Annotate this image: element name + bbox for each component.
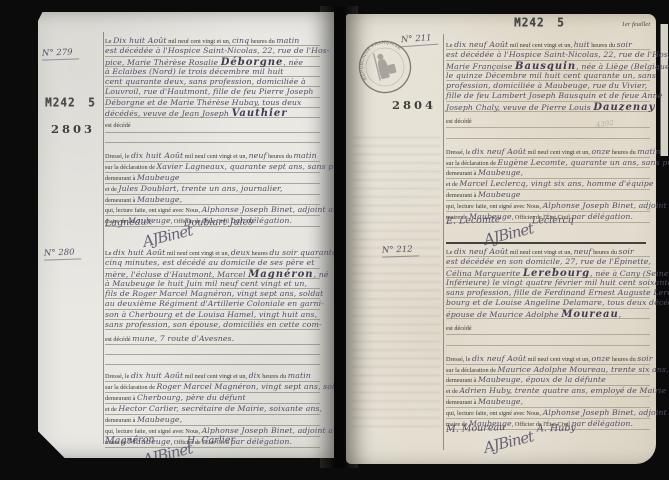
printed-form-text: demeurant à	[105, 175, 137, 182]
printed-form-text: Dressé, le	[446, 356, 472, 363]
handwritten-text: , né	[314, 270, 329, 279]
handwritten-text: profession, domiciliée à Maubeuge, rue d…	[446, 81, 647, 90]
handwritten-text: onze	[591, 354, 610, 363]
record-line: est décédée à l'Hospice Saint-Nicolas, 2…	[105, 46, 320, 56]
handwritten-text: mère, l'écluse d'Hautmont, Marcel	[105, 270, 248, 279]
printed-form-text: demeurant à	[446, 399, 478, 406]
folio-label: 1er feuillet	[622, 21, 650, 28]
handwritten-text: dix neuf Août	[454, 40, 508, 49]
printed-form-text: heures du	[592, 249, 619, 256]
printed-form-text: demeurant à	[105, 417, 137, 424]
signatures-row: LagneauxDoublart JulesAJBinet	[105, 212, 320, 238]
printed-form-text: demeurant à	[446, 192, 478, 199]
printed-form-text: mil neuf cent vingt et un,	[183, 153, 248, 160]
handwritten-text: le quinze Décembre mil huit cent quarant…	[446, 71, 656, 80]
record-line: et de Marcel Leclercq, vingt six ans, ho…	[446, 179, 650, 190]
record-line	[105, 133, 320, 143]
archive-number: 2803	[51, 122, 95, 136]
handwritten-text: soir	[619, 247, 634, 256]
handwritten-text: décédés, veuve de Jean Joseph	[105, 109, 232, 118]
handwritten-text: Roger Marcel Magnéron, vingt sept ans, s…	[157, 382, 348, 391]
signatures-row: MagnéronH. CarlierAJBinet	[105, 430, 320, 456]
scanned-death-register-spread: N° 279 M242 5 2803 N° 280 Le Dix huit Ao…	[0, 0, 669, 480]
record-line	[446, 335, 650, 345]
margin-rule	[103, 32, 104, 444]
printed-form-text: mil neuf cent vingt et un,	[167, 38, 232, 45]
record-line: Le dix neuf Août mil neuf cent vingt et …	[446, 40, 650, 50]
record-line: cinq minutes, est décédé au domicile de …	[105, 258, 320, 268]
margin-entry-number: N° 280	[44, 247, 81, 260]
record-line: cent quarante deux, sans profession, dom…	[105, 77, 320, 87]
handwritten-text: dix huit Août	[113, 248, 165, 257]
handwritten-text: neuf	[249, 151, 267, 160]
record-line	[105, 345, 320, 355]
margin-entry-number: N° 279	[42, 47, 79, 60]
handwritten-text: matin	[294, 151, 317, 160]
record-line: est décédée à l'Hospice Saint-Nicolas, 2…	[446, 50, 650, 60]
printed-form-text: heures	[250, 250, 269, 257]
death-record-entry: Le dix neuf Août mil neuf cent vingt et …	[446, 247, 650, 430]
printed-form-text: Dressé, le	[105, 153, 131, 160]
handwritten-text: sans profession, fille de Ferdinand Erne…	[446, 288, 669, 297]
signature: E. Lecomte	[446, 214, 501, 227]
archive-stamp-code: M242 5	[45, 95, 96, 110]
record-line: sans profession, fille de Ferdinand Erne…	[446, 288, 650, 298]
handwritten-text: épouse de Maurice Adolphe	[446, 310, 561, 319]
record-line: mère, l'écluse d'Hautmont, Marcel Magnér…	[105, 269, 320, 279]
record-line: son à Cherbourg et de Louisa Hamel, ving…	[105, 310, 320, 320]
record-line: profession, domiciliée à Maubeuge, rue d…	[446, 81, 650, 91]
record-line: au deuxième Régiment d'Artillerie Coloni…	[105, 299, 320, 309]
handwritten-text: Maubeuge	[478, 190, 521, 199]
handwritten-text: dix neuf Août	[454, 247, 508, 256]
record-line: décédés, veuve de Jean Joseph Vauthier	[105, 108, 320, 118]
handwritten-text: soir	[617, 40, 632, 49]
record-line: Joseph Chaly, veuve de Pierre Louis Dauz…	[446, 102, 650, 112]
record-line: est décédée en son domicile, 27, rue de …	[446, 257, 650, 267]
handwritten-text: est décédée en son domicile, 27, rue de …	[446, 257, 651, 266]
handwritten-text: dix huit Août	[131, 371, 183, 380]
margin-rule	[443, 34, 444, 450]
margin-entry-number: N° 212	[382, 244, 419, 257]
record-line: demeurant à Cherbourg, père du défunt	[105, 393, 320, 404]
handwritten-text: ,	[619, 310, 622, 319]
death-record-entry: Le dix huit Août mil neuf cent vingt et …	[105, 248, 320, 448]
record-line: demeurant à Maubeuge, époux de la défunt…	[446, 375, 650, 386]
record-line: Marie Françoise Bausquin, née à Liège (B…	[446, 61, 650, 71]
seal-figure	[373, 49, 398, 81]
handwritten-text: dix huit Août	[131, 151, 183, 160]
handwritten-text: dix neuf Août	[472, 354, 526, 363]
handwritten-text: au deuxième Régiment d'Artillerie Coloni…	[105, 299, 324, 308]
record-line: et de Adrien Huby, trente quatre ans, em…	[446, 386, 650, 397]
handwritten-text: son à Cherbourg et de Louisa Hamel, ving…	[105, 310, 317, 319]
handwritten-text: neuf	[574, 247, 592, 256]
handwritten-text: Joseph Chaly, veuve de Pierre Louis	[446, 103, 593, 112]
handwritten-text: , née	[283, 58, 303, 67]
record-line: demeurant à Maubeuge	[105, 173, 320, 184]
record-line: pice, Marie Thérèse Rosalie Déborgne, né…	[105, 57, 320, 67]
printed-form-text: est décédé	[446, 325, 473, 332]
handwritten-text: Inférieure) le vingt quatre février mil …	[446, 278, 669, 287]
record-line: épouse de Maurice Adolphe Moureau,	[446, 309, 650, 319]
printed-form-text: heures du	[261, 373, 288, 380]
handwritten-text: matin	[288, 371, 311, 380]
handwritten-text: Maubeuge	[137, 173, 180, 182]
handwritten-text: est décédée à l'Hospice Saint-Nicolas, 2…	[446, 50, 669, 59]
record-line: Dressé, le dix neuf Août mil neuf cent v…	[446, 354, 650, 365]
record-line: est décédé	[446, 325, 650, 335]
handwritten-text: Maubeuge,	[478, 168, 523, 177]
handwritten-text: matin	[637, 147, 660, 156]
handwritten-text: huit	[574, 40, 590, 49]
archive-stamp-code: M242 5	[514, 15, 565, 30]
handwritten-text: Dix huit Août	[113, 36, 167, 45]
death-record-entry: Le Dix huit Août mil neuf cent vingt et …	[105, 36, 320, 227]
printed-form-text: demeurant à	[105, 395, 137, 402]
handwritten-text: à Eclaibes (Nord) le trois décembre mil …	[105, 67, 284, 76]
printed-form-text: mil neuf cent vingt et un,	[183, 373, 248, 380]
record-line: Dressé, le dix huit Août mil neuf cent v…	[105, 151, 320, 162]
printed-form-text: Le	[446, 42, 454, 49]
handwritten-text: Louvroil, rue d'Hautmont, fille de feu P…	[105, 87, 314, 96]
handwritten-text: dix neuf Août	[472, 147, 526, 156]
handwritten-text: Hector Carlier, secrétaire de Mairie, so…	[118, 404, 322, 413]
record-line: demeurant à Maubeuge,	[446, 397, 650, 408]
signature: M. Moureau	[446, 422, 506, 435]
printed-form-text: heures du	[610, 149, 637, 156]
handwritten-text: du soir quarante	[269, 248, 336, 257]
handwritten-text: , née à Cany (Seine-	[590, 269, 669, 278]
death-record-entry: Le dix neuf Août mil neuf cent vingt et …	[446, 40, 650, 223]
printed-form-text: Dressé, le	[105, 373, 131, 380]
printed-form-text: mil neuf cent vingt et un,	[526, 356, 591, 363]
record-line: sans profession, son épouse, domiciliés …	[105, 320, 320, 330]
handwritten-text: à Maubeuge le huit Juin mil neuf cent vi…	[105, 279, 307, 288]
record-line	[446, 128, 650, 138]
ink-bleedthrough	[352, 134, 440, 434]
signature: Doublart Jules	[184, 216, 253, 228]
handwritten-text: Marie Françoise	[446, 62, 515, 71]
signature: Magnéron	[105, 434, 155, 447]
printed-form-text: sur la déclaration de	[446, 160, 498, 167]
record-line: fille de feu Lambert Joseph Bausquin et …	[446, 91, 650, 101]
handwritten-text: matin	[276, 36, 299, 45]
record-line: Inférieure) le vingt quatre février mil …	[446, 278, 650, 288]
handwritten-text: fils de Roger Marcel Magnéron, vingt sep…	[105, 289, 323, 298]
right-page: M242 5 1er feuillet N° 211 RÉPUBLIQUE FR…	[346, 14, 656, 464]
handwritten-text: Marcel Leclercq, vingt six ans, homme d'…	[459, 179, 653, 188]
printed-form-text: heures du	[610, 356, 637, 363]
signatures-row: E. LecomteLeclercqAJBinet	[446, 210, 650, 236]
handwritten-text: est décédée à l'Hospice Saint-Nicolas, 2…	[105, 46, 330, 55]
record-line: à Maubeuge le huit Juin mil neuf cent vi…	[105, 279, 320, 289]
printed-form-text: heures du	[249, 38, 276, 45]
handwritten-text: Cherbourg, père du défunt	[137, 393, 246, 402]
handwritten-text: deux	[231, 248, 250, 257]
entry-separator-rule	[446, 242, 646, 244]
record-line: sur la déclaration de Maurice Adolphe Mo…	[446, 365, 650, 376]
printed-form-text: est décédé	[446, 118, 473, 125]
printed-form-text: Le	[105, 38, 113, 45]
printed-form-text: Dressé, le	[446, 149, 472, 156]
handwritten-text: onze	[591, 147, 610, 156]
record-line: est décédé	[105, 122, 320, 132]
signature: Leclercq	[532, 215, 574, 227]
printed-form-text: heures du	[267, 153, 294, 160]
printed-form-text: demeurant à	[105, 197, 137, 204]
person-name: Vauthier	[232, 108, 288, 119]
record-line: à Eclaibes (Nord) le trois décembre mil …	[105, 67, 320, 77]
printed-form-text: et de	[105, 186, 118, 193]
record-line: Déborgne et de Marie Thérèse Hubay, tous…	[105, 98, 320, 108]
printed-form-text: et de	[105, 406, 118, 413]
printed-form-text: demeurant à	[446, 377, 478, 384]
record-line: et de Jules Doublart, trente un ans, jou…	[105, 184, 320, 195]
person-name: Moureau	[561, 309, 618, 320]
printed-form-text: et de	[446, 388, 459, 395]
handwritten-text: pice, Marie Thérèse Rosalie	[105, 58, 221, 67]
handwritten-text: bourg et de Louise Angeline Delamare, to…	[446, 298, 669, 307]
record-line: sur la déclaration de Xavier Lagneaux, q…	[105, 162, 320, 173]
handwritten-text: sans profession, son épouse, domiciliés …	[105, 320, 322, 329]
printed-form-text: mil neuf cent vingt et un,	[165, 250, 230, 257]
signatures-row: M. MoureauA. HubyAJBinet	[446, 418, 650, 444]
record-line: demeurant à Maubeuge,	[446, 168, 650, 179]
handwritten-text: Déborgne et de Marie Thérèse Hubay, tous…	[105, 98, 302, 107]
printed-form-text: mil neuf cent vingt et un,	[508, 249, 573, 256]
handwritten-text: Alphonse Joseph Binet, adjoint au	[543, 201, 669, 210]
printed-form-text: est décédé	[105, 336, 132, 343]
handwritten-text: Célina Marguerite	[446, 269, 523, 278]
printed-form-text: est décédé	[105, 122, 132, 129]
handwritten-text: Eugène Lecomte, quarante un ans, sans pr…	[498, 158, 669, 167]
signature: Lagneaux	[105, 216, 152, 229]
record-line: Dressé, le dix huit Août mil neuf cent v…	[105, 371, 320, 382]
handwritten-text: Jules Doublart, trente un ans, journalie…	[118, 184, 282, 193]
signature: A. Huby	[537, 423, 576, 435]
record-line: sur la déclaration de Eugène Lecomte, qu…	[446, 158, 650, 169]
record-line: Le Dix huit Août mil neuf cent vingt et …	[105, 36, 320, 46]
record-line: sur la déclaration de Roger Marcel Magné…	[105, 382, 320, 393]
printed-form-text: heures du	[590, 42, 617, 49]
record-line: fils de Roger Marcel Magnéron, vingt sep…	[105, 289, 320, 299]
printed-form-text: sur la déclaration de	[446, 367, 498, 374]
printed-form-text: demeurant à	[446, 170, 478, 177]
handwritten-text: cent quarante deux, sans profession, dom…	[105, 77, 306, 86]
record-line: demeurant à Maubeuge,	[105, 415, 320, 426]
record-line: Célina Marguerite Lerebourg, née à Cany …	[446, 268, 650, 278]
handwritten-text: cinq minutes, est décédé au domicile de …	[105, 258, 315, 267]
handwritten-text: Adrien Huby, trente quatre ans, employé …	[459, 386, 666, 395]
record-line: est décédé mune, 7 route d'Avesnes.	[105, 334, 320, 344]
printed-form-text: et de	[446, 181, 459, 188]
handwritten-text: Maubeuge, époux de la défunte	[478, 375, 606, 384]
printed-form-text: qui, lecture faite, ont signé avec Nous,	[446, 410, 543, 417]
handwritten-text: fille de feu Lambert Joseph Bausquin et …	[446, 91, 662, 100]
record-line: demeurant à Maubeuge	[446, 190, 650, 201]
record-line: le quinze Décembre mil huit cent quarant…	[446, 71, 650, 81]
printed-form-text: Le	[105, 250, 113, 257]
printed-form-text: Le	[446, 249, 454, 256]
printed-form-text: sur la déclaration de	[105, 164, 157, 171]
printed-form-text: sur la déclaration de	[105, 384, 157, 391]
left-page: N° 279 M242 5 2803 N° 280 Le Dix huit Ao…	[38, 12, 334, 458]
person-name: Dauzenay	[593, 102, 655, 113]
handwritten-text: Maurice Adolphe Moureau, trente six ans,…	[498, 365, 669, 374]
signature: H. Carlier	[187, 435, 235, 447]
printed-form-text: mil neuf cent vingt et un,	[526, 149, 591, 156]
handwritten-text: dix	[249, 371, 261, 380]
printed-form-text: mil neuf cent vingt et un,	[508, 42, 573, 49]
record-line: Le dix huit Août mil neuf cent vingt et …	[105, 248, 320, 258]
record-line: bourg et de Louise Angeline Delamare, to…	[446, 298, 650, 308]
handwritten-text: Maubeuge,	[137, 195, 182, 204]
record-line: est décédé	[446, 118, 650, 128]
handwritten-text: cinq	[232, 36, 249, 45]
record-line: Le dix neuf Août mil neuf cent vingt et …	[446, 247, 650, 257]
handwritten-text: Maubeuge,	[478, 397, 523, 406]
record-line: demeurant à Maubeuge,	[105, 195, 320, 206]
handwritten-text: mune, 7 route d'Avesnes.	[132, 334, 234, 343]
handwritten-text: Maubeuge,	[137, 415, 182, 424]
handwritten-text: Alphonse Joseph Binet, adjoint au	[543, 408, 669, 417]
record-line: et de Hector Carlier, secrétaire de Mair…	[105, 404, 320, 415]
underlying-page-edge	[660, 24, 668, 156]
archive-number: 2804	[392, 98, 436, 112]
handwritten-text: soir	[637, 354, 652, 363]
record-line	[105, 355, 320, 365]
record-line: Dressé, le dix neuf Août mil neuf cent v…	[446, 147, 650, 158]
handwritten-text: , née à Liège (Belgique)	[576, 62, 669, 71]
record-line: Louvroil, rue d'Hautmont, fille de feu P…	[105, 87, 320, 97]
